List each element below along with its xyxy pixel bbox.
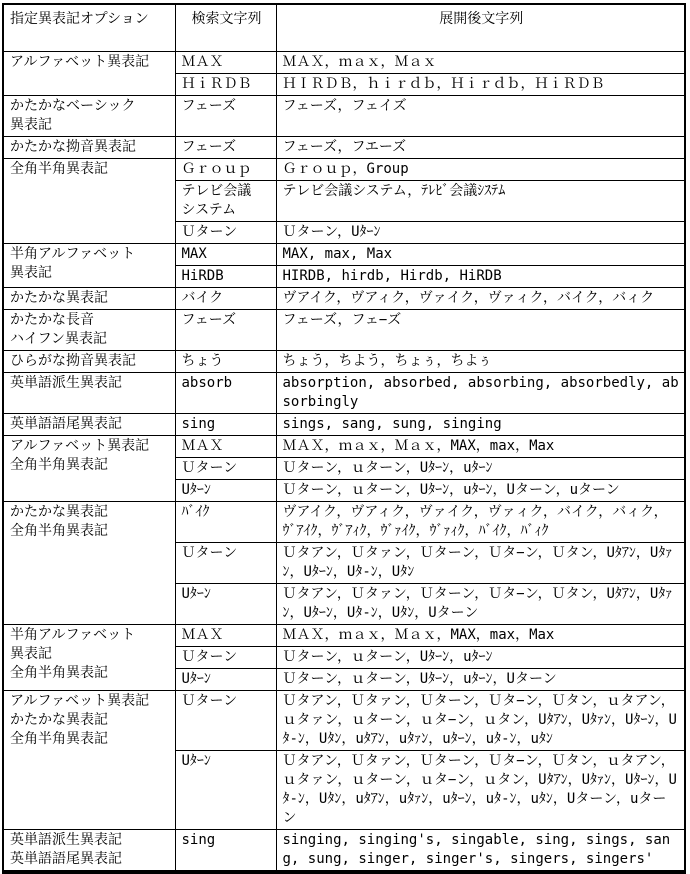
option-cell: アルファベット異表記 全角半角異表記 — [3, 436, 175, 502]
search-string-cell: Ｕターン — [175, 222, 276, 244]
search-string-cell: バイク — [175, 288, 276, 310]
expanded-string-cell: ちょう，ちよう，ちょぅ，ちよぅ — [276, 351, 685, 373]
search-string-cell: ﾊﾞｲｸ — [175, 502, 276, 543]
table-row: 英単語派生異表記 英単語語尾異表記singsinging, singing's,… — [3, 830, 685, 873]
expanded-string-cell: フェーズ，フエーズ — [276, 137, 685, 159]
expanded-string-cell: Ｕターン，ｕターン，Uﾀｰﾝ，uﾀｰﾝ，Uターン — [276, 669, 685, 691]
expanded-string-cell: Ｕターン，ｕターン，Uﾀｰﾝ，uﾀｰﾝ，Uターン，uターン — [276, 480, 685, 502]
search-string-cell: テレビ会議 システム — [175, 181, 276, 222]
table-row: かたかな拗音異表記フェーズフェーズ，フエーズ — [3, 137, 685, 159]
table-body: アルファベット異表記ＭＡＸＭＡＸ，ｍａｘ，ＭａｘＨｉＲＤＢＨＩＲＤＢ，ｈｉｒｄｂ… — [3, 52, 685, 873]
expanded-string-cell: Ｕターン，ｕターン，Uﾀｰﾝ，uﾀｰﾝ — [276, 647, 685, 669]
table-row: かたかな異表記バイクヴアイク，ヴアィク，ヴァイク，ヴァィク，バイク，バィク — [3, 288, 685, 310]
search-string-cell: Ｇｒｏｕｐ — [175, 159, 276, 181]
search-string-cell: フェーズ — [175, 310, 276, 351]
search-string-cell: Ｕターン — [175, 691, 276, 751]
expanded-string-cell: ＭＡＸ，ｍａｘ，Ｍａｘ，MAX，max，Max — [276, 625, 685, 647]
table-row: アルファベット異表記ＭＡＸＭＡＸ，ｍａｘ，Ｍａｘ — [3, 52, 685, 74]
option-cell: 半角アルファベット 異表記 全角半角異表記 — [3, 625, 175, 691]
search-string-cell: Uﾀｰﾝ — [175, 480, 276, 502]
search-string-cell: ＨｉＲＤＢ — [175, 74, 276, 96]
table-row: 英単語語尾異表記singsings, sang, sung, singing — [3, 414, 685, 436]
expanded-string-cell: Ｕタアン，Ｕタァン，Ｕターン，Ｕタ−ン，Ｕタン，ｕタアン，ｕタァン，ｕターン，ｕ… — [276, 691, 685, 751]
option-cell: かたかな異表記 — [3, 288, 175, 310]
table-row: 半角アルファベット 異表記 全角半角異表記ＭＡＸＭＡＸ，ｍａｘ，Ｍａｘ，MAX，… — [3, 625, 685, 647]
header-row: 指定異表記オプション 検索文字列 展開後文字列 — [3, 4, 685, 52]
search-string-cell: ちょう — [175, 351, 276, 373]
table-row: かたかな長音 ハイフン異表記フェーズフェーズ，フェ−ズ — [3, 310, 685, 351]
expanded-string-cell: singing, singing's, singable, sing, sing… — [276, 830, 685, 873]
table-row: アルファベット異表記 全角半角異表記ＭＡＸＭＡＸ，ｍａｘ，Ｍａｘ，MAX，max… — [3, 436, 685, 458]
option-cell: アルファベット異表記 かたかな異表記 全角半角異表記 — [3, 691, 175, 830]
expanded-string-cell: ＭＡＸ，ｍａｘ，Ｍａｘ — [276, 52, 685, 74]
variant-expansion-table: 指定異表記オプション 検索文字列 展開後文字列 アルファベット異表記ＭＡＸＭＡＸ… — [2, 3, 686, 874]
table-row: 英単語派生異表記absorbabsorption, absorbed, abso… — [3, 373, 685, 414]
table-row: かたかなベーシック 異表記フェーズフェーズ，フェイズ — [3, 96, 685, 137]
search-string-cell: sing — [175, 830, 276, 873]
search-string-cell: Ｕターン — [175, 543, 276, 584]
option-cell: かたかな長音 ハイフン異表記 — [3, 310, 175, 351]
option-cell: 英単語派生異表記 英単語語尾異表記 — [3, 830, 175, 873]
table-row: かたかな異表記 全角半角異表記ﾊﾞｲｸヴアイク，ヴアィク，ヴァイク，ヴァィク，バ… — [3, 502, 685, 543]
expanded-string-cell: ＭＡＸ，ｍａｘ，Ｍａｘ，MAX，max，Max — [276, 436, 685, 458]
expanded-string-cell: MAX, max, Max — [276, 244, 685, 266]
expanded-string-cell: ヴアイク，ヴアィク，ヴァイク，ヴァィク，バイク，バィク — [276, 288, 685, 310]
expanded-string-cell: Ｇｒｏｕｐ，Group — [276, 159, 685, 181]
expanded-string-cell: HIRDB, hirdb, Hirdb, HiRDB — [276, 266, 685, 288]
option-cell: かたかな拗音異表記 — [3, 137, 175, 159]
expanded-string-cell: テレビ会議システム，ﾃﾚﾋﾞ会議ｼｽﾃﾑ — [276, 181, 685, 222]
expanded-string-cell: Ｕターン，Uﾀｰﾝ — [276, 222, 685, 244]
expanded-string-cell: フェーズ，フェ−ズ — [276, 310, 685, 351]
expanded-string-cell: ＨＩＲＤＢ，ｈｉｒｄｂ，Ｈｉｒｄｂ，ＨｉＲＤＢ — [276, 74, 685, 96]
expanded-string-cell: Ｕタアン，Ｕタァン，Ｕターン，Ｕタ−ン，Ｕタン，Uﾀｱﾝ，Uﾀｧﾝ，Uﾀｰﾝ，U… — [276, 584, 685, 625]
search-string-cell: ＭＡＸ — [175, 436, 276, 458]
search-string-cell: Ｕターン — [175, 647, 276, 669]
table-row: 半角アルファベット 異表記MAXMAX, max, Max — [3, 244, 685, 266]
search-string-cell: Ｕターン — [175, 458, 276, 480]
table-row: ひらがな拗音異表記ちょうちょう，ちよう，ちょぅ，ちよぅ — [3, 351, 685, 373]
option-cell: 全角半角異表記 — [3, 159, 175, 244]
expanded-string-cell: フェーズ，フェイズ — [276, 96, 685, 137]
expanded-string-cell: sings, sang, sung, singing — [276, 414, 685, 436]
expanded-string-cell: absorption, absorbed, absorbing, absorbe… — [276, 373, 685, 414]
option-cell: かたかな異表記 全角半角異表記 — [3, 502, 175, 625]
header-expanded-column: 展開後文字列 — [276, 4, 685, 52]
option-cell: 英単語語尾異表記 — [3, 414, 175, 436]
search-string-cell: MAX — [175, 244, 276, 266]
option-cell: かたかなベーシック 異表記 — [3, 96, 175, 137]
expanded-string-cell: Ｕタアン，Ｕタァン，Ｕターン，Ｕタ−ン，Ｕタン，Uﾀｱﾝ，Uﾀｧﾝ，Uﾀｰﾝ，U… — [276, 543, 685, 584]
search-string-cell: absorb — [175, 373, 276, 414]
search-string-cell: ＭＡＸ — [175, 625, 276, 647]
search-string-cell: HiRDB — [175, 266, 276, 288]
document-page: 指定異表記オプション 検索文字列 展開後文字列 アルファベット異表記ＭＡＸＭＡＸ… — [0, 0, 690, 874]
expanded-string-cell: Ｕタアン，Ｕタァン，Ｕターン，Ｕタ−ン，Ｕタン，ｕタアン，ｕタァン，ｕターン，ｕ… — [276, 751, 685, 830]
option-cell: 半角アルファベット 異表記 — [3, 244, 175, 288]
option-cell: ひらがな拗音異表記 — [3, 351, 175, 373]
expanded-string-cell: ヴアイク，ヴアィク，ヴァイク，ヴァィク，バイク，バィク，ｳﾞｱｲｸ，ｳﾞｱｨｸ，… — [276, 502, 685, 543]
search-string-cell: Uﾀｰﾝ — [175, 584, 276, 625]
search-string-cell: フェーズ — [175, 137, 276, 159]
option-cell: アルファベット異表記 — [3, 52, 175, 96]
search-string-cell: Uﾀｰﾝ — [175, 669, 276, 691]
option-cell: 英単語派生異表記 — [3, 373, 175, 414]
search-string-cell: ＭＡＸ — [175, 52, 276, 74]
search-string-cell: フェーズ — [175, 96, 276, 137]
table-row: 全角半角異表記ＧｒｏｕｐＧｒｏｕｐ，Group — [3, 159, 685, 181]
table-row: アルファベット異表記 かたかな異表記 全角半角異表記ＵターンＵタアン，Ｕタァン，… — [3, 691, 685, 751]
search-string-cell: Uﾀｰﾝ — [175, 751, 276, 830]
expanded-string-cell: Ｕターン，ｕターン，Uﾀｰﾝ，uﾀｰﾝ — [276, 458, 685, 480]
header-search-column: 検索文字列 — [175, 4, 276, 52]
header-option-column: 指定異表記オプション — [3, 4, 175, 52]
search-string-cell: sing — [175, 414, 276, 436]
